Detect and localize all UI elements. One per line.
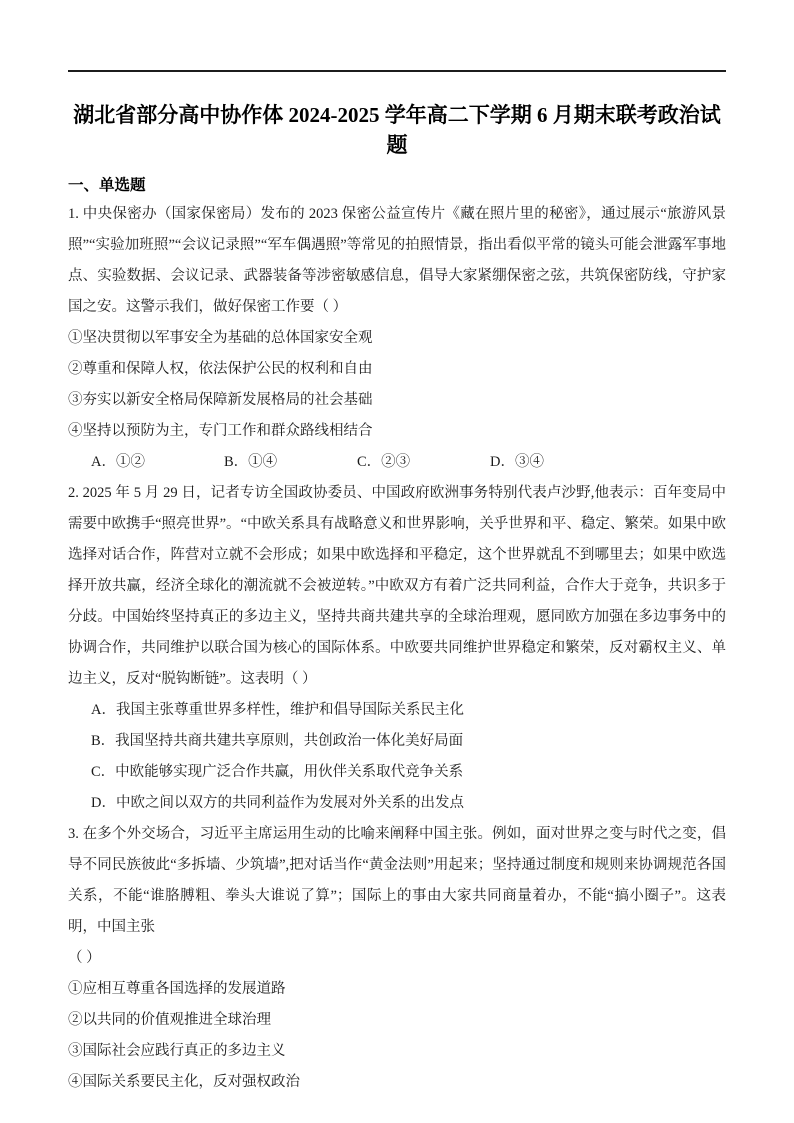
question-1-choices: A．①② B．①④ C．②③ D．③④ [68,447,726,478]
question-1-statement-3: ③夯实以新安全格局保障新发展格局的社会基础 [68,385,726,416]
section-heading: 一、单选题 [68,173,726,199]
page-title: 湖北省部分高中协作体 2024-2025 学年高二下学期 6 月期末联考政治试题 [68,100,726,160]
question-3: 3. 在多个外交场合，习近平主席运用生动的比喻来阐释中国主张。例如，面对世界之变… [68,819,726,1098]
question-3-statement-4: ④国际关系要民主化，反对强权政治 [68,1067,726,1098]
question-3-statement-1: ①应相互尊重各国选择的发展道路 [68,974,726,1005]
question-2-stem: 2. 2025 年 5 月 29 日，记者专访全国政协委员、中国政府欧洲事务特别… [68,478,726,695]
question-1: 1. 中央保密办（国家保密局）发布的 2023 保密公益宣传片《藏在照片里的秘密… [68,199,726,478]
question-2-choice-d: D．中欧之间以双方的共同利益作为发展对外关系的出发点 [68,788,726,819]
question-2-choice-a: A．我国主张尊重世界多样性，维护和倡导国际关系民主化 [68,695,726,726]
question-2-choice-b: B．我国坚持共商共建共享原则，共创政治一体化美好局面 [68,726,726,757]
top-divider [68,70,726,72]
question-3-stem: 3. 在多个外交场合，习近平主席运用生动的比喻来阐释中国主张。例如，面对世界之变… [68,819,726,943]
question-2-choice-c: C．中欧能够实现广泛合作共赢，用伙伴关系取代竞争关系 [68,757,726,788]
question-1-choice-d: D．③④ [490,447,544,478]
question-1-statement-4: ④坚持以预防为主，专门工作和群众路线相结合 [68,416,726,447]
question-3-statement-3: ③国际社会应践行真正的多边主义 [68,1036,726,1067]
question-3-answer-blank: （ ） [68,943,726,974]
question-1-choice-c: C．②③ [357,447,490,478]
question-1-choice-a: A．①② [91,447,224,478]
question-2: 2. 2025 年 5 月 29 日，记者专访全国政协委员、中国政府欧洲事务特别… [68,478,726,819]
exam-paper-page: 湖北省部分高中协作体 2024-2025 学年高二下学期 6 月期末联考政治试题… [0,0,794,1123]
question-1-statement-2: ②尊重和保障人权，依法保护公民的权利和自由 [68,354,726,385]
question-3-statement-2: ②以共同的价值观推进全球治理 [68,1005,726,1036]
question-1-statement-1: ①坚决贯彻以军事安全为基础的总体国家安全观 [68,323,726,354]
question-1-stem: 1. 中央保密办（国家保密局）发布的 2023 保密公益宣传片《藏在照片里的秘密… [68,199,726,323]
question-1-choice-b: B．①④ [224,447,357,478]
